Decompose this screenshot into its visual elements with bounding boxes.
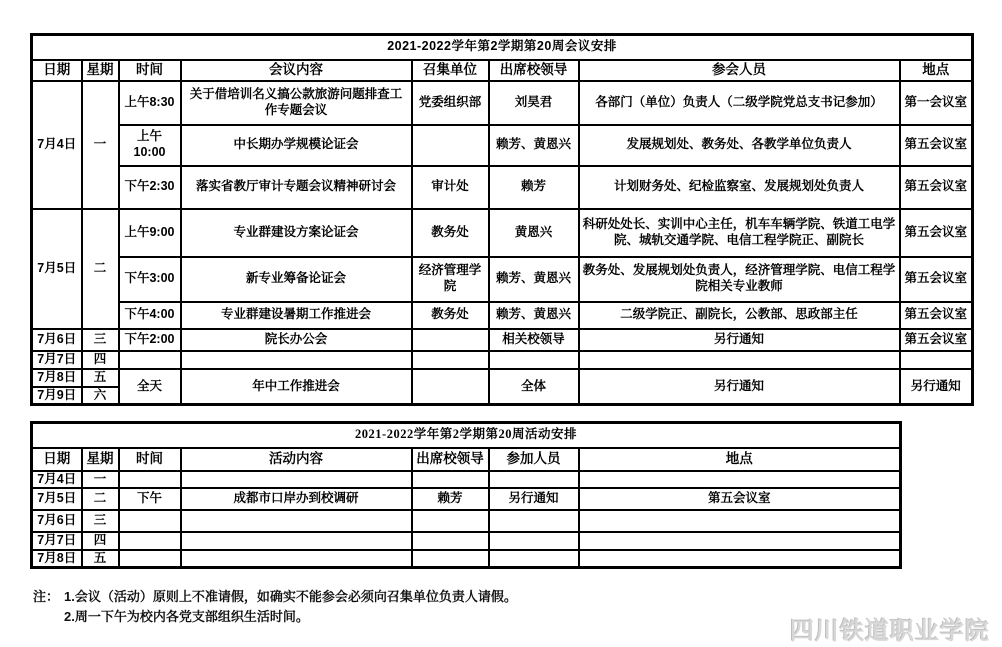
cell-location bbox=[579, 510, 901, 532]
cell-org: 教务处 bbox=[412, 302, 489, 329]
cell-location: 第五会议室 bbox=[900, 329, 973, 351]
column-header-date: 日期 bbox=[32, 60, 82, 81]
meeting-table-title: 2021-2022学年第2学期第20周会议安排 bbox=[32, 35, 973, 60]
table-row: 7月6日 三 bbox=[32, 510, 901, 532]
cell-org: 审计处 bbox=[412, 166, 489, 209]
activity-table-title: 2021-2022学年第2学期第20周活动安排 bbox=[32, 423, 901, 448]
cell-content bbox=[181, 510, 412, 532]
column-header-participants: 参加人员 bbox=[489, 448, 579, 471]
cell-org bbox=[412, 351, 489, 369]
footnote-lines: 1.会议（活动）原则上不准请假，如确实不能参会必须向召集单位负责人请假。 2.周… bbox=[64, 587, 517, 627]
cell-participants bbox=[579, 351, 900, 369]
cell-content: 落实省教厅审计专题会议精神研讨会 bbox=[181, 166, 412, 209]
cell-participants bbox=[489, 550, 579, 568]
table-row: 7月5日 二 下午 成都市口岸办到校调研 赖芳 另行通知 第五会议室 bbox=[32, 488, 901, 510]
column-header-content: 活动内容 bbox=[181, 448, 412, 471]
cell-date: 7月8日 bbox=[32, 369, 82, 387]
cell-location bbox=[579, 550, 901, 568]
cell-participants: 教务处、发展规划处负责人，经济管理学院、电信工程学院相关专业教师 bbox=[579, 257, 900, 302]
column-header-week: 星期 bbox=[82, 448, 119, 471]
table-row: 7月7日 四 bbox=[32, 351, 973, 369]
cell-leader: 赖芳、黄恩兴 bbox=[489, 302, 579, 329]
column-header-leader: 出席校领导 bbox=[489, 60, 579, 81]
cell-location: 第五会议室 bbox=[900, 257, 973, 302]
cell-week: 二 bbox=[82, 488, 119, 510]
column-header-week: 星期 bbox=[82, 60, 119, 81]
cell-time: 下午3:00 bbox=[119, 257, 181, 302]
table-row: 2021-2022学年第2学期第20周活动安排 bbox=[32, 423, 901, 448]
cell-time bbox=[119, 550, 181, 568]
cell-participants: 另行通知 bbox=[489, 488, 579, 510]
cell-content bbox=[181, 351, 412, 369]
table-row: 上午10:00 中长期办学规模论证会 赖芳、黄恩兴 发展规划处、教务处、各教学单… bbox=[32, 125, 973, 166]
cell-leader: 赖芳、黄恩兴 bbox=[489, 257, 579, 302]
cell-participants: 另行通知 bbox=[579, 329, 900, 351]
cell-content: 年中工作推进会 bbox=[181, 369, 412, 405]
cell-date: 7月4日 bbox=[32, 471, 82, 489]
cell-week: 六 bbox=[82, 387, 119, 405]
cell-time: 全天 bbox=[119, 369, 181, 405]
cell-time: 上午10:00 bbox=[119, 125, 181, 166]
cell-time: 上午9:00 bbox=[119, 209, 181, 257]
cell-date: 7月7日 bbox=[32, 532, 82, 550]
cell-content: 成都市口岸办到校调研 bbox=[181, 488, 412, 510]
cell-time: 下午4:00 bbox=[119, 302, 181, 329]
cell-location bbox=[579, 471, 901, 489]
table-row: 下午2:30 落实省教厅审计专题会议精神研讨会 审计处 赖芳 计划财务处、纪检监… bbox=[32, 166, 973, 209]
cell-week: 二 bbox=[82, 209, 119, 329]
cell-time bbox=[119, 471, 181, 489]
cell-content: 关于借培训名义搞公款旅游问题排查工作专题会议 bbox=[181, 81, 412, 125]
cell-location: 第五会议室 bbox=[900, 166, 973, 209]
column-header-date: 日期 bbox=[32, 448, 82, 471]
cell-content: 专业群建设暑期工作推进会 bbox=[181, 302, 412, 329]
cell-content: 新专业筹备论证会 bbox=[181, 257, 412, 302]
cell-date: 7月5日 bbox=[32, 488, 82, 510]
cell-content: 院长办公会 bbox=[181, 329, 412, 351]
cell-leader bbox=[489, 351, 579, 369]
cell-location: 第五会议室 bbox=[900, 209, 973, 257]
column-header-time: 时间 bbox=[119, 60, 181, 81]
school-name-watermark: 四川铁道职业学院 bbox=[790, 611, 990, 646]
footnote-line-2: 2.周一下午为校内各党支部组织生活时间。 bbox=[64, 607, 517, 627]
cell-week: 三 bbox=[82, 329, 119, 351]
cell-content bbox=[181, 550, 412, 568]
table-row: 7月4日 一 上午8:30 关于借培训名义搞公款旅游问题排查工作专题会议 党委组… bbox=[32, 81, 973, 125]
cell-location: 另行通知 bbox=[900, 369, 973, 405]
column-header-location: 地点 bbox=[579, 448, 901, 471]
cell-week: 一 bbox=[82, 471, 119, 489]
cell-org bbox=[412, 369, 489, 405]
cell-week: 四 bbox=[82, 532, 119, 550]
cell-date: 7月6日 bbox=[32, 329, 82, 351]
cell-time: 下午2:30 bbox=[119, 166, 181, 209]
table-row: 7月7日 四 bbox=[32, 532, 901, 550]
footnotes: 注： 1.会议（活动）原则上不准请假，如确实不能参会必须向召集单位负责人请假。 … bbox=[33, 587, 517, 627]
column-header-leader: 出席校领导 bbox=[412, 448, 489, 471]
cell-leader: 刘昊君 bbox=[489, 81, 579, 125]
cell-leader: 赖芳 bbox=[489, 166, 579, 209]
cell-week: 三 bbox=[82, 510, 119, 532]
column-header-location: 地点 bbox=[900, 60, 973, 81]
column-header-participants: 参会人员 bbox=[579, 60, 900, 81]
table-row: 7月6日 三 下午2:00 院长办公会 相关校领导 另行通知 第五会议室 bbox=[32, 329, 973, 351]
table-header-row: 日期 星期 时间 会议内容 召集单位 出席校领导 参会人员 地点 bbox=[32, 60, 973, 81]
cell-leader bbox=[412, 532, 489, 550]
cell-content bbox=[181, 532, 412, 550]
cell-date: 7月6日 bbox=[32, 510, 82, 532]
cell-location: 第五会议室 bbox=[579, 488, 901, 510]
footnote-prefix: 注： bbox=[33, 587, 59, 627]
cell-leader: 黄恩兴 bbox=[489, 209, 579, 257]
cell-time: 上午8:30 bbox=[119, 81, 181, 125]
cell-location bbox=[900, 351, 973, 369]
cell-participants bbox=[489, 471, 579, 489]
cell-org: 党委组织部 bbox=[412, 81, 489, 125]
cell-participants: 计划财务处、纪检监察室、发展规划处负责人 bbox=[579, 166, 900, 209]
table-row: 7月4日 一 bbox=[32, 471, 901, 489]
column-header-time: 时间 bbox=[119, 448, 181, 471]
cell-participants: 二级学院正、副院长，公教部、思政部主任 bbox=[579, 302, 900, 329]
cell-leader: 赖芳、黄恩兴 bbox=[489, 125, 579, 166]
cell-participants: 科研处处长、实训中心主任，机车车辆学院、铁道工电学院、城轨交通学院、电信工程学院… bbox=[579, 209, 900, 257]
table-row: 下午4:00 专业群建设暑期工作推进会 教务处 赖芳、黄恩兴 二级学院正、副院长… bbox=[32, 302, 973, 329]
cell-date: 7月7日 bbox=[32, 351, 82, 369]
cell-date: 7月4日 bbox=[32, 81, 82, 209]
cell-participants: 发展规划处、教务处、各教学单位负责人 bbox=[579, 125, 900, 166]
cell-leader bbox=[412, 471, 489, 489]
table-row: 7月8日 五 全天 年中工作推进会 全体 另行通知 另行通知 bbox=[32, 369, 973, 387]
cell-date: 7月9日 bbox=[32, 387, 82, 405]
cell-org bbox=[412, 329, 489, 351]
cell-content: 专业群建设方案论证会 bbox=[181, 209, 412, 257]
cell-week: 一 bbox=[82, 81, 119, 209]
cell-date: 7月8日 bbox=[32, 550, 82, 568]
activity-schedule-table: 2021-2022学年第2学期第20周活动安排 日期 星期 时间 活动内容 出席… bbox=[30, 421, 902, 569]
cell-leader bbox=[412, 550, 489, 568]
cell-week: 五 bbox=[82, 369, 119, 387]
cell-time: 下午 bbox=[119, 488, 181, 510]
cell-location: 第五会议室 bbox=[900, 125, 973, 166]
cell-org: 教务处 bbox=[412, 209, 489, 257]
cell-org bbox=[412, 125, 489, 166]
table-header-row: 日期 星期 时间 活动内容 出席校领导 参加人员 地点 bbox=[32, 448, 901, 471]
cell-leader: 全体 bbox=[489, 369, 579, 405]
cell-participants: 各部门（单位）负责人（二级学院党总支书记参加） bbox=[579, 81, 900, 125]
cell-content bbox=[181, 471, 412, 489]
cell-participants bbox=[489, 532, 579, 550]
table-row: 7月5日 二 上午9:00 专业群建设方案论证会 教务处 黄恩兴 科研处处长、实… bbox=[32, 209, 973, 257]
column-header-org: 召集单位 bbox=[412, 60, 489, 81]
cell-time bbox=[119, 532, 181, 550]
cell-location: 第五会议室 bbox=[900, 302, 973, 329]
cell-leader: 相关校领导 bbox=[489, 329, 579, 351]
cell-content: 中长期办学规模论证会 bbox=[181, 125, 412, 166]
table-row: 7月8日 五 bbox=[32, 550, 901, 568]
cell-date: 7月5日 bbox=[32, 209, 82, 329]
cell-week: 五 bbox=[82, 550, 119, 568]
cell-leader bbox=[412, 510, 489, 532]
cell-participants bbox=[489, 510, 579, 532]
cell-leader: 赖芳 bbox=[412, 488, 489, 510]
cell-week: 四 bbox=[82, 351, 119, 369]
cell-time bbox=[119, 510, 181, 532]
cell-time bbox=[119, 351, 181, 369]
cell-time: 下午2:00 bbox=[119, 329, 181, 351]
footnote-line-1: 1.会议（活动）原则上不准请假，如确实不能参会必须向召集单位负责人请假。 bbox=[64, 587, 517, 607]
table-row: 2021-2022学年第2学期第20周会议安排 bbox=[32, 35, 973, 60]
meeting-schedule-table: 2021-2022学年第2学期第20周会议安排 日期 星期 时间 会议内容 召集… bbox=[30, 33, 974, 406]
column-header-content: 会议内容 bbox=[181, 60, 412, 81]
table-row: 下午3:00 新专业筹备论证会 经济管理学院 赖芳、黄恩兴 教务处、发展规划处负… bbox=[32, 257, 973, 302]
cell-participants: 另行通知 bbox=[579, 369, 900, 405]
cell-org: 经济管理学院 bbox=[412, 257, 489, 302]
cell-location bbox=[579, 532, 901, 550]
cell-location: 第一会议室 bbox=[900, 81, 973, 125]
